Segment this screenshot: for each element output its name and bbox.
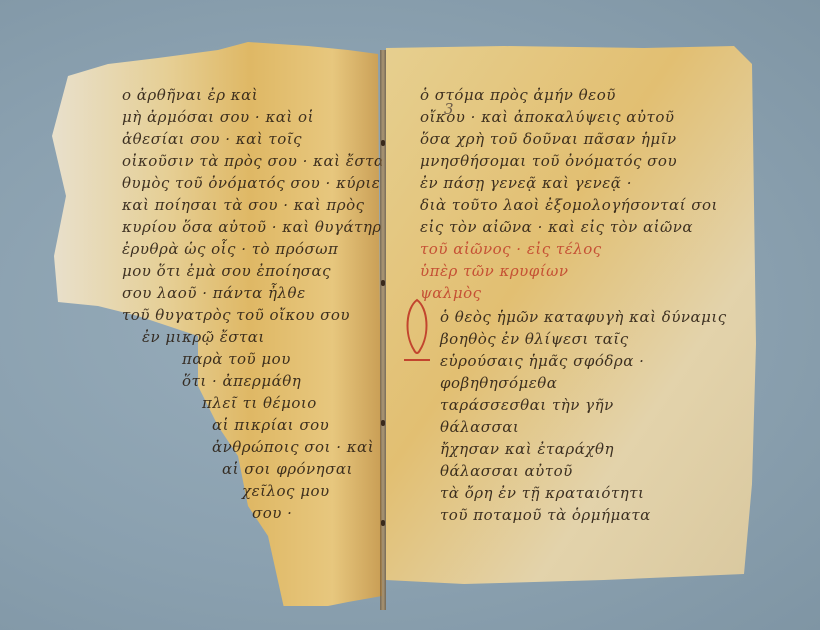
text-line: χεῖλος μου bbox=[242, 482, 330, 500]
text-line: αἱ σοι φρόνησαι bbox=[222, 460, 353, 478]
text-line: αἱ πικρίαι σου bbox=[212, 416, 329, 434]
text-line: σου · bbox=[252, 504, 292, 522]
text-line: διὰ τοῦτο λαοὶ ἐξομολογήσονταί σοι bbox=[420, 196, 718, 214]
text-line: ταράσσεσθαι τὴν γῆν bbox=[440, 396, 614, 414]
text-line: μνησθήσομαι τοῦ ὀνόματός σου bbox=[420, 152, 677, 170]
text-line: εὑρούσαις ἡμᾶς σφόδρα · bbox=[440, 352, 644, 370]
text-line: θυμὸς τοῦ ὀνόματός σου · κύριε bbox=[122, 174, 380, 192]
text-line: θάλασσαι αὐτοῦ bbox=[440, 462, 573, 480]
text-line: ὅτι · ἀπερμάθη bbox=[182, 372, 301, 390]
text-line: ἐν μικρῷ ἔσται bbox=[142, 328, 265, 346]
text-line: οἴκου · καὶ ἀποκαλύψεις αὐτοῦ bbox=[420, 108, 675, 126]
right-manuscript-page: 3 ὁ στόμα πρὸς ἀμήν θεοῦ οἴκου · καὶ ἀπο… bbox=[384, 44, 756, 584]
text-line: ο ἀρθῆναι ἐρ καὶ bbox=[122, 86, 258, 104]
left-manuscript-page: ο ἀρθῆναι ἐρ καὶ μὴ ἀρμόσαι σου · καὶ οἱ… bbox=[48, 36, 382, 606]
decorated-initial-omicron bbox=[400, 298, 434, 362]
text-line: ὁ θεὸς ἡμῶν καταφυγὴ καὶ δύναμις bbox=[440, 308, 727, 326]
text-line: ὅσα χρὴ τοῦ δοῦναι πᾶσαν ἡμῖν bbox=[420, 130, 677, 148]
text-line: τοῦ ποταμοῦ τὰ ὁρμήματα bbox=[440, 506, 651, 524]
text-line: μὴ ἀρμόσαι σου · καὶ οἱ bbox=[122, 108, 314, 126]
text-line: εἰς τὸν αἰῶνα · καὶ εἰς τὸν αἰῶνα bbox=[420, 218, 693, 236]
text-line: καὶ ποίησαι τὰ σου · καὶ πρὸς bbox=[122, 196, 365, 214]
text-line: ἀθεσίαι σου · καὶ τοῖς bbox=[122, 130, 302, 148]
text-line: τὰ ὄρη ἐν τῇ κραταιότητι bbox=[440, 484, 644, 502]
rubric-line: ὑπὲρ τῶν κρυφίων bbox=[420, 262, 569, 280]
text-line: ἐν πάσῃ γενεᾷ καὶ γενεᾷ · bbox=[420, 174, 632, 192]
text-line: ἐρυθρὰ ὡς οἷς · τὸ πρόσωπ bbox=[122, 240, 338, 258]
text-line: θάλασσαι bbox=[440, 418, 519, 436]
text-line: κυρίου ὅσα αὐτοῦ · καὶ θυγάτηρ bbox=[122, 218, 382, 236]
text-line: μου ὅτι ἐμὰ σου ἐποίησας bbox=[122, 262, 331, 280]
text-line: πλεῖ τι θέμοιο bbox=[202, 394, 317, 412]
text-line: ἤχησαν καὶ ἐταράχθη bbox=[440, 440, 614, 458]
text-line: σου λαοῦ · πάντα ἦλθε bbox=[122, 284, 306, 302]
text-line: τοῦ θυγατρὸς τοῦ οἴκου σου bbox=[122, 306, 350, 324]
text-line: παρὰ τοῦ μου bbox=[182, 350, 291, 368]
text-line: φοβηθησόμεθα bbox=[440, 374, 557, 392]
text-line: ἀνθρώποις σοι · καὶ bbox=[212, 438, 374, 456]
rubric-line: τοῦ αἰῶνος · εἰς τέλος bbox=[420, 240, 602, 258]
text-line: ὁ στόμα πρὸς ἀμήν θεοῦ bbox=[420, 86, 616, 104]
text-line: οἰκοῦσιν τὰ πρὸς σου · καὶ ἔσται bbox=[122, 152, 382, 170]
text-line: βοηθὸς ἐν θλίψεσι ταῖς bbox=[440, 330, 629, 348]
